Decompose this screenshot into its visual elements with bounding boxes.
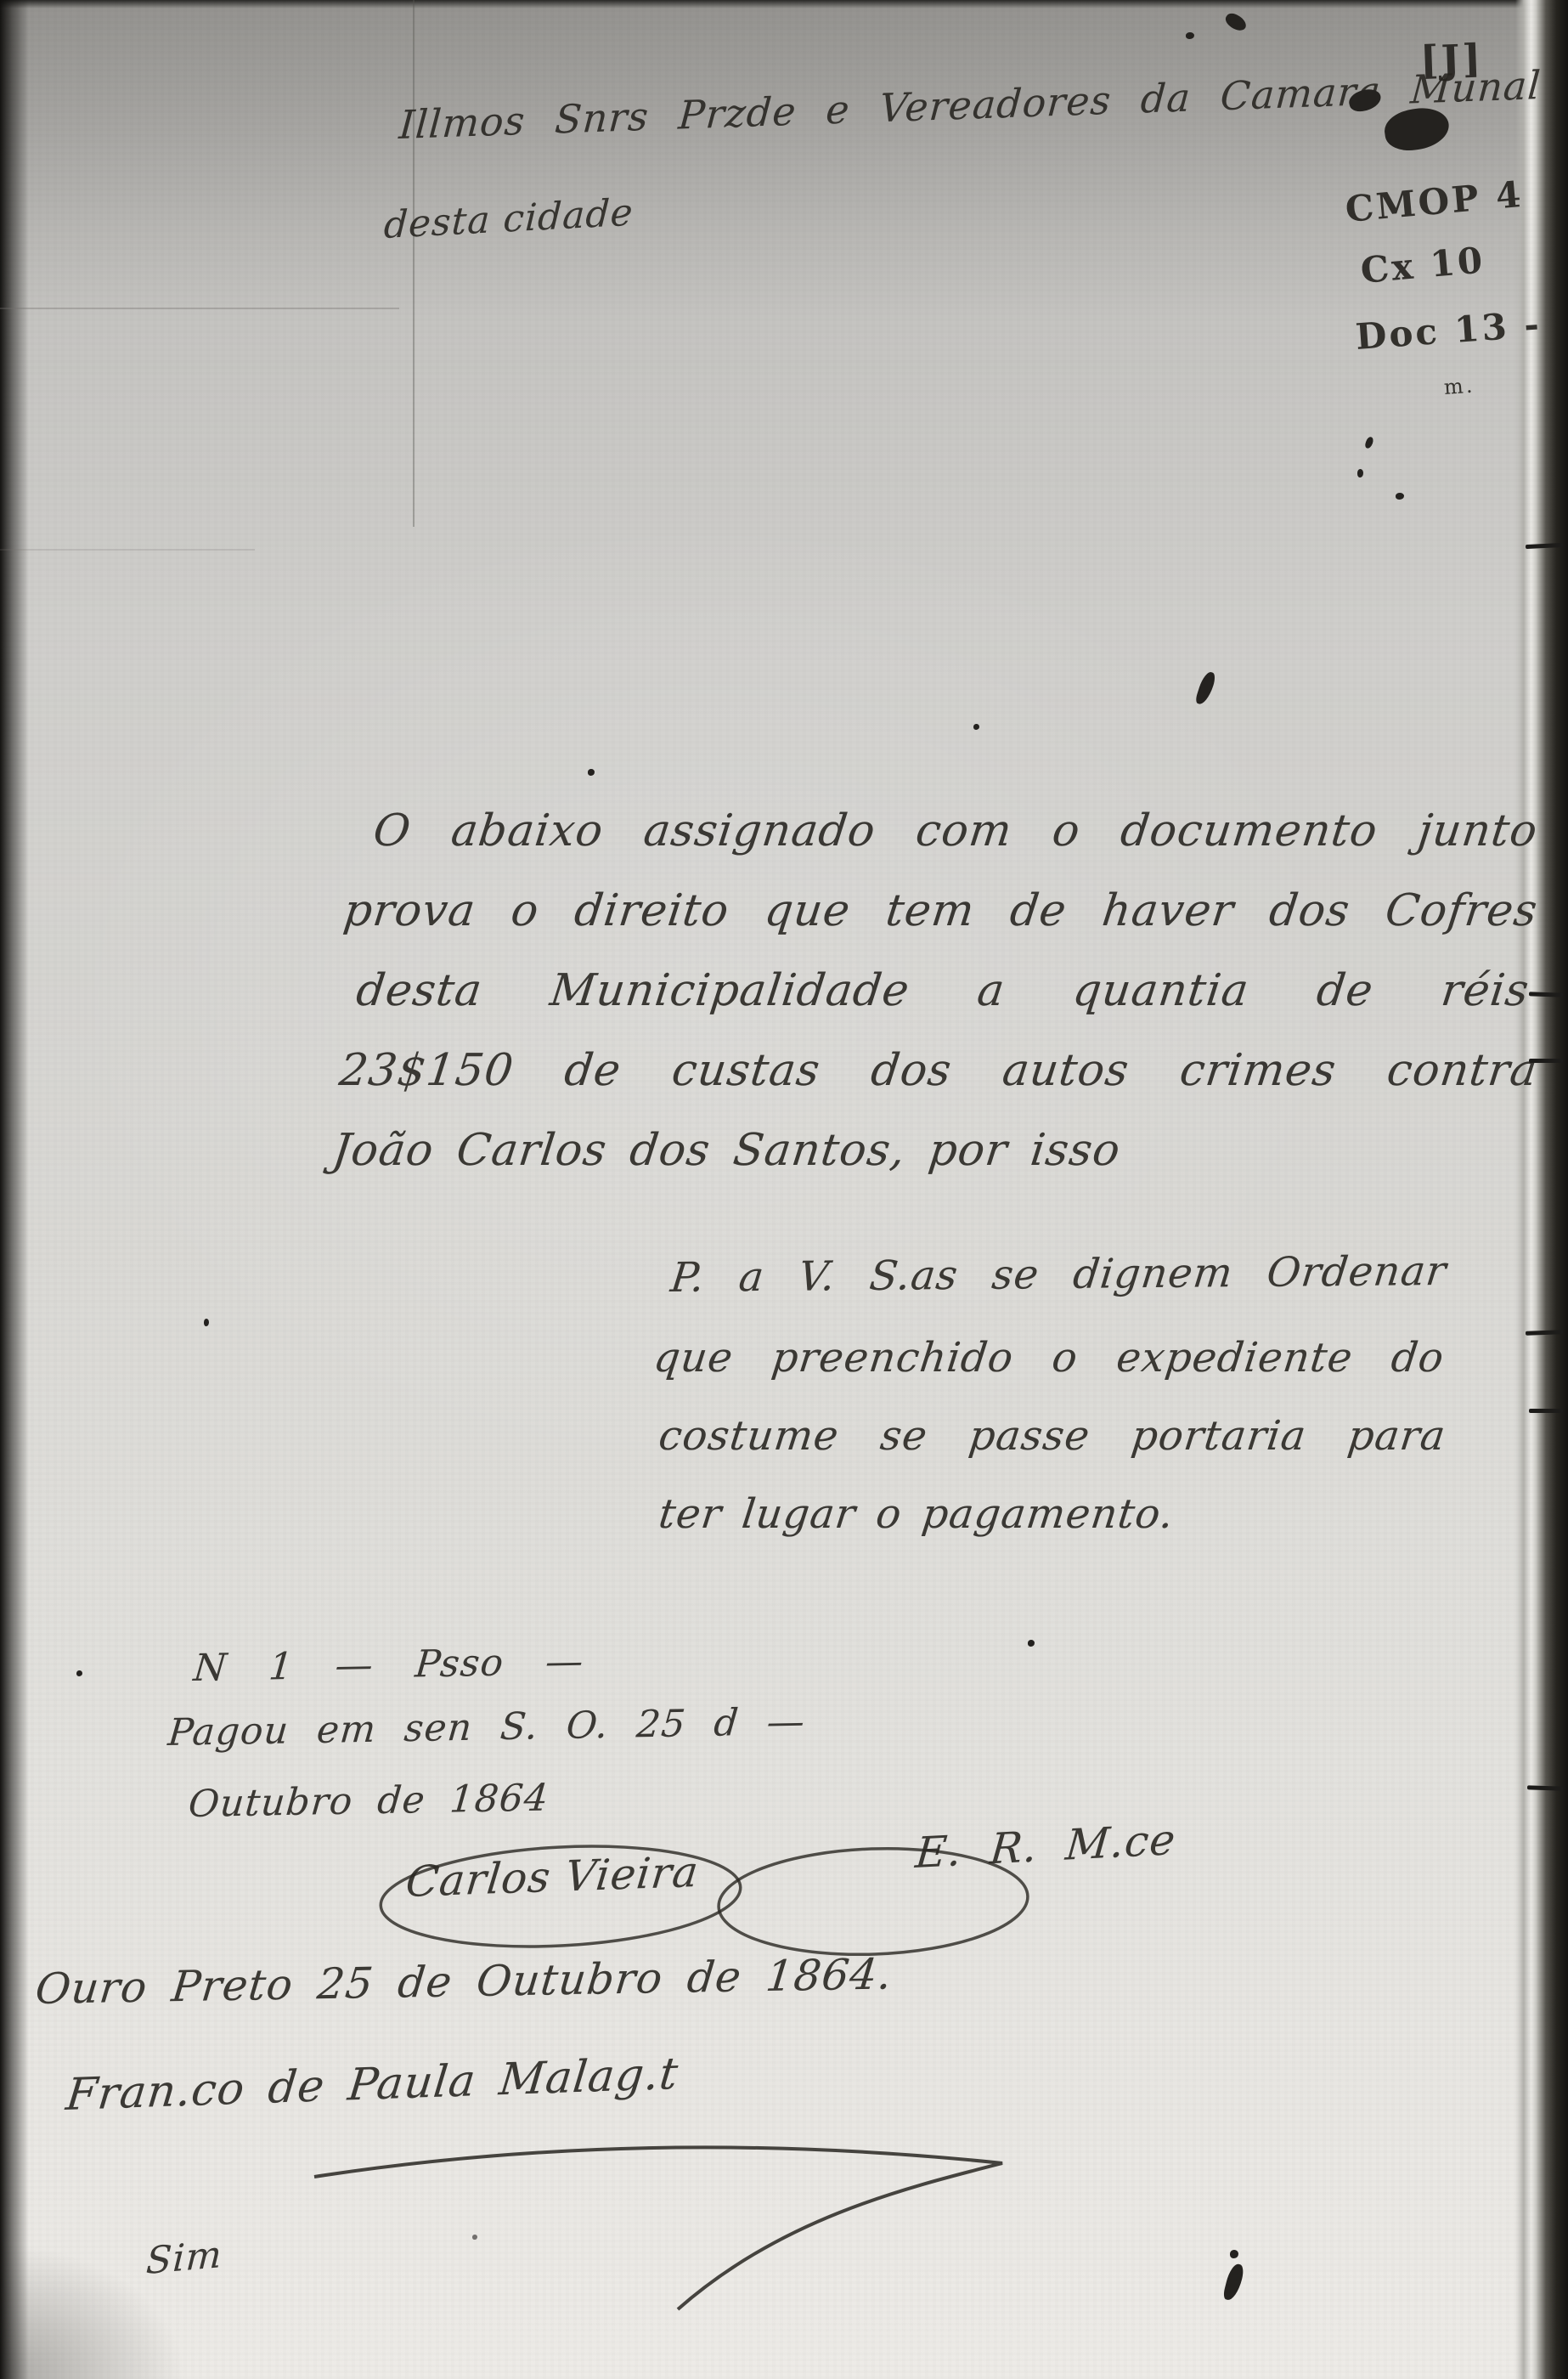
stitch-mark: [1529, 1059, 1563, 1063]
request-line: costume se passe portaria para: [657, 1412, 1449, 1460]
scan-right-edge-spine: [1515, 0, 1568, 2379]
petition-body-line: desta Municipalidade a quantia de réis: [353, 965, 1531, 1016]
petition-body-line: 23$150 de custas dos autos crimes contra: [336, 1045, 1540, 1096]
scan-left-edge: [0, 0, 29, 2379]
archival-doc-label: Doc 13 -: [1354, 303, 1543, 358]
approval-word: Sim: [145, 2233, 223, 2283]
ink-comma-mark: [1222, 2263, 1245, 2303]
salutation-line-2: desta cidade: [383, 191, 635, 248]
horizontal-crease: [0, 308, 399, 309]
archival-collection-label: CMOP 4: [1344, 173, 1525, 230]
ink-speck: [1230, 2250, 1238, 2258]
ink-speck: [76, 1670, 82, 1676]
horizontal-crease: [0, 549, 255, 551]
ink-speck: [1186, 32, 1194, 39]
archival-small-note: m.: [1443, 373, 1475, 398]
ink-blot: [1223, 10, 1249, 34]
ink-speck: [1396, 493, 1404, 500]
archival-bracket-mark: [J]: [1419, 35, 1484, 83]
request-line: P. a V. S.as se dignem Ordenar: [668, 1247, 1449, 1302]
ink-comma-mark: [1194, 670, 1217, 707]
scanned-manuscript-page: Illmos Snrs Przde e Vereadores da Camara…: [0, 0, 1568, 2379]
petition-body-line: João Carlos dos Santos, por isso: [330, 1125, 1123, 1176]
signature-flourishes: [0, 0, 1568, 2379]
ink-speck: [1028, 1640, 1035, 1647]
ink-speck: [204, 1319, 209, 1326]
scan-top-edge: [0, 0, 1568, 8]
petition-body-line: prova o direito que tem de haver dos Cof…: [341, 885, 1540, 936]
petitioner-signature-flourish: [314, 2147, 1002, 2309]
clerk-signature: Carlos Vieira: [403, 1847, 702, 1907]
paper-top-shading: [0, 0, 1568, 357]
request-line: que preenchido o expediente do: [651, 1334, 1447, 1382]
ink-speck: [973, 724, 979, 730]
annotation-number-line: N 1 — Psso —: [192, 1640, 586, 1690]
erm-abbreviation: E. R. M.ce: [913, 1815, 1177, 1878]
ink-speck: [1357, 469, 1363, 477]
vertical-fold-crease: [413, 0, 415, 527]
archival-box-label: Cx 10: [1359, 239, 1486, 291]
ink-speck: [472, 2235, 477, 2240]
annotation-paid-line: Pagou em sen S. O. 25 d —: [166, 1700, 807, 1755]
ink-speck: [588, 769, 595, 776]
ink-speck: [1364, 436, 1374, 449]
stitch-mark: [1529, 1409, 1563, 1413]
petitioner-signature: Fran.co de Paula Malag.t: [64, 2048, 681, 2121]
request-line: ter lugar o pagamento.: [657, 1490, 1177, 1538]
annotation-month-line: Outubro de 1864: [187, 1777, 550, 1826]
petition-body-line: O abaixo assignado com o documento junto: [370, 805, 1540, 856]
place-date-line: Ouro Preto 25 de Outubro de 1864.: [33, 1949, 894, 2014]
